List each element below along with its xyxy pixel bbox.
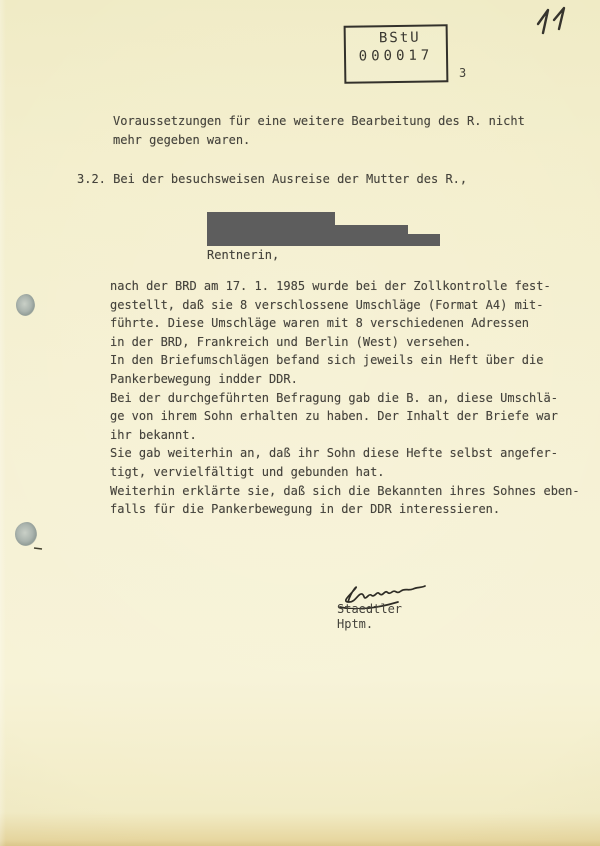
stamp-authority-label: BStU <box>346 29 446 46</box>
ink-speck-top-left <box>25 65 57 91</box>
ink-speck-bottom <box>33 756 49 780</box>
scanned-document-page: BStU 000017 3 Voraussetzungen für eine w… <box>0 0 600 846</box>
bstu-stamp: BStU 000017 <box>344 24 449 83</box>
punch-hole-stain-lower <box>15 522 37 546</box>
signature-typed-name: Staedtler Hptm. <box>337 602 457 631</box>
punch-hole-stain-upper <box>16 294 35 316</box>
redacted-person-caption: Rentnerin, <box>207 246 279 265</box>
ink-speck-lower <box>32 540 46 552</box>
section-heading: 3.2. Bei der besuchsweisen Ausreise der … <box>77 170 467 189</box>
stamp-serial-number: 000017 <box>346 47 446 64</box>
redaction-bar <box>207 212 440 247</box>
handwritten-page-number <box>534 6 574 38</box>
paragraph-intro: Voraussetzungen für eine weitere Bearbei… <box>113 112 525 149</box>
page-number: 3 <box>459 66 466 80</box>
body-text: nach der BRD am 17. 1. 1985 wurde bei de… <box>110 277 580 519</box>
ink-speck-upper <box>38 305 52 317</box>
